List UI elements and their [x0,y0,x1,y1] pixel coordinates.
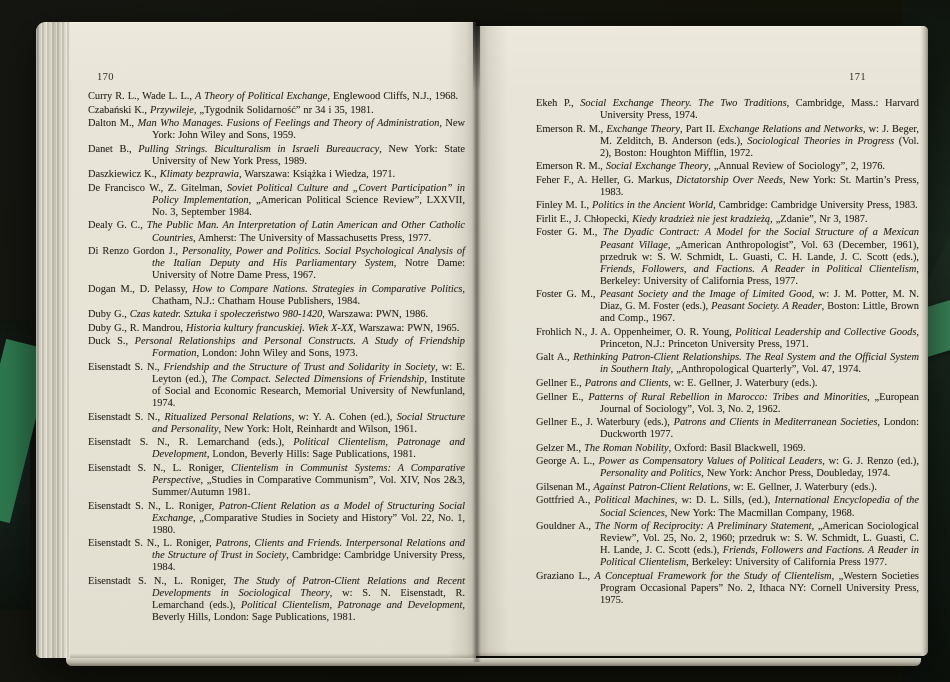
bibliography-entry: George A. L., Power as Compensatory Valu… [536,456,919,480]
bibliography-entry: Eisenstadt S. N., R. Lemarchand (eds.), … [88,437,465,461]
bibliography-entry: Gilsenan M., Against Patron-Client Relat… [536,482,919,494]
bibliography-entry: Foster G. M., The Dyadic Contract: A Mod… [536,227,919,287]
bibliography-entry: Firlit E., J. Chłopecki, Kiedy kradzież … [536,214,919,226]
bibliography-entry: Eisenstadt S. N., Ritualized Personal Re… [88,412,465,436]
bibliography-entry: Gelzer M., The Roman Nobility, Oxford: B… [536,443,919,455]
bibliography-entry: Foster G. M., Peasant Society and the Im… [536,289,919,325]
bibliography-entry: Duby G., R. Mandrou, Historia kultury fr… [88,323,465,335]
page-fore-edge-right [920,26,928,656]
bibliography-entry: Galt A., Rethinking Patron-Client Relati… [536,352,919,376]
page-number-right: 171 [849,72,866,83]
book-page-left: 170 Curry R. L., Wade L. L., A Theory of… [36,22,476,658]
bibliography-entry: Gellner E., Patterns of Rural Rebellion … [536,392,919,416]
bibliography-entry: Emerson R. M., Exchange Theory, Part II.… [536,124,919,160]
bibliography-entry: Eisenstadt S. N., L. Roniger, The Study … [88,576,465,624]
book-gutter-shadow [472,20,481,662]
bibliography-entry: Duby G., Czas katedr. Sztuka i społeczeń… [88,309,465,321]
page-stack-left-edge [36,22,70,658]
bibliography-entry: Eisenstadt S. N., Friendship and the Str… [88,362,465,410]
bibliography-entry: Danet B., Pulling Strings. Biculturalism… [88,144,465,168]
bibliography-entry: Feher F., A. Heller, G. Markus, Dictator… [536,175,919,199]
book-photo-scene: 170 Curry R. L., Wade L. L., A Theory of… [0,0,950,682]
open-book: 170 Curry R. L., Wade L. L., A Theory of… [36,20,928,662]
bibliography-entry: Frohlich N., J. A. Oppenheimer, O. R. Yo… [536,327,919,351]
bibliography-entry: Daszkiewicz K., Klimaty bezprawia, Warsz… [88,169,465,181]
bibliography-entry: Di Renzo Gordon J., Personality, Power a… [88,246,465,282]
bibliography-entry: De Francisco W., Z. Gitelman, Soviet Pol… [88,183,465,219]
bibliography-entry: Eisenstadt S. N., L. Roniger, Patron-Cli… [88,501,465,537]
bibliography-entry: Ekeh P., Social Exchange Theory. The Two… [536,98,919,122]
bibliography-entry: Dealy G. C., The Public Man. An Interpre… [88,220,465,244]
bibliography-entry: Curry R. L., Wade L. L., A Theory of Pol… [88,91,465,103]
bibliography-entry: Gellner E., Patrons and Clients, w: E. G… [536,378,919,390]
bibliography-entry: Czabański K., Przywileje, „Tygodnik Soli… [88,105,465,117]
page-number-left: 170 [97,72,114,83]
bibliography-entry: Emerson R. M., Social Exchange Theory, „… [536,161,919,173]
bibliography-entry: Dogan M., D. Pelassy, How to Compare Nat… [88,284,465,308]
bibliography-list-right: Ekeh P., Social Exchange Theory. The Two… [536,98,919,608]
bibliography-entry: Eisenstadt S. N., L. Roniger, Patrons, C… [88,538,465,574]
bibliography-entry: Graziano L., A Conceptual Framework for … [536,571,919,607]
book-page-right: 171 Ekeh P., Social Exchange Theory. The… [476,26,928,656]
bibliography-entry: Gottfried A., Political Machines, w: D. … [536,495,919,519]
bibliography-entry: Dalton M., Man Who Manages. Fusions of F… [88,118,465,142]
page-stack-bottom-edge [66,658,921,666]
bibliography-entry: Gellner E., J. Waterbury (eds.), Patrons… [536,417,919,441]
bibliography-entry: Duck S., Personal Relationships and Pers… [88,336,465,360]
bibliography-entry: Eisenstadt S. N., L. Roniger, Clientelis… [88,463,465,499]
bibliography-entry: Finley M. I., Politics in the Ancient Wo… [536,200,919,212]
bibliography-list-left: Curry R. L., Wade L. L., A Theory of Pol… [88,91,465,625]
bibliography-entry: Gouldner A., The Norm of Reciprocity: A … [536,521,919,569]
